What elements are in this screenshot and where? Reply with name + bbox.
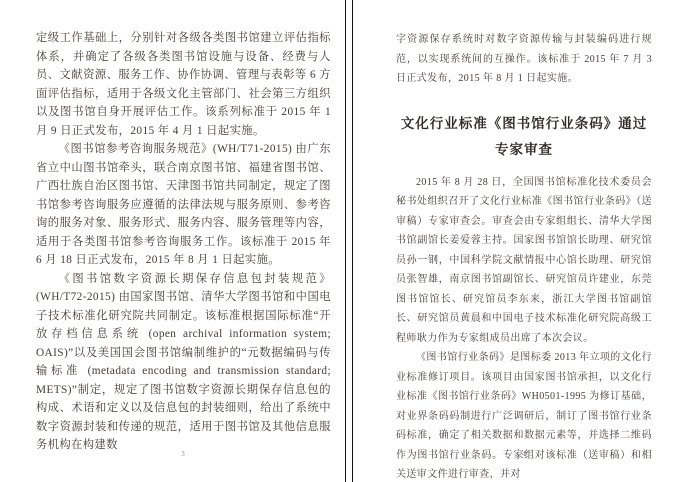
article-heading: 文化行业标准《图书馆行业条码》通过 专家审查 xyxy=(396,111,652,163)
page-number-left: 3 xyxy=(36,450,330,458)
paragraph-digital-preservation-standard: 《图书馆数字资源长期保存信息包封装规范》(WH/T72-2015) 由国家图书馆… xyxy=(36,270,331,455)
paragraph-digital-preservation-continuation: 字资源保存系统时对数字资源传输与封装编码进行规范，以实现系统间的互操作。该标准于… xyxy=(396,30,652,89)
scanned-document-spread: { "document": { "pages": [ { "page_numbe… xyxy=(0,0,689,482)
article-heading-line1: 文化行业标准《图书馆行业条码》通过 xyxy=(396,111,652,137)
paragraph-evaluation-standards-continuation: 定级工作基础上，分别针对各级各类图书馆建立评估指标体系，并确定了各级各类图书馆设… xyxy=(36,29,331,140)
page-left-text-column: 定级工作基础上，分别针对各级各类图书馆建立评估指标体系，并确定了各级各类图书馆设… xyxy=(36,29,331,455)
paragraph-barcode-standard-project: 《图书馆行业条码》是图标委 2013 年立项的文化行业标准修订项目。该项目由国家… xyxy=(396,348,652,482)
document-page-left: 定级工作基础上，分别针对各级各类图书馆建立评估指标体系，并确定了各级各类图书馆设… xyxy=(0,0,346,482)
article-heading-line2: 专家审查 xyxy=(396,137,652,163)
paragraph-reference-service-standard: 《图书馆参考咨询服务规范》(WH/T71-2015) 由广东省立中山图书馆牵头，… xyxy=(36,140,331,270)
page-right-text-column: 字资源保存系统时对数字资源传输与封装编码进行规范，以实现系统间的互操作。该标准于… xyxy=(396,30,652,482)
page-number-right: 4 xyxy=(396,450,651,458)
document-page-right: 字资源保存系统时对数字资源传输与封装编码进行规范，以实现系统间的互操作。该标准于… xyxy=(352,0,689,482)
paragraph-expert-review-meeting: 2015 年 8 月 28 日，全国图书馆标准化技术委员会秘书处组织召开了文化行… xyxy=(396,173,652,349)
